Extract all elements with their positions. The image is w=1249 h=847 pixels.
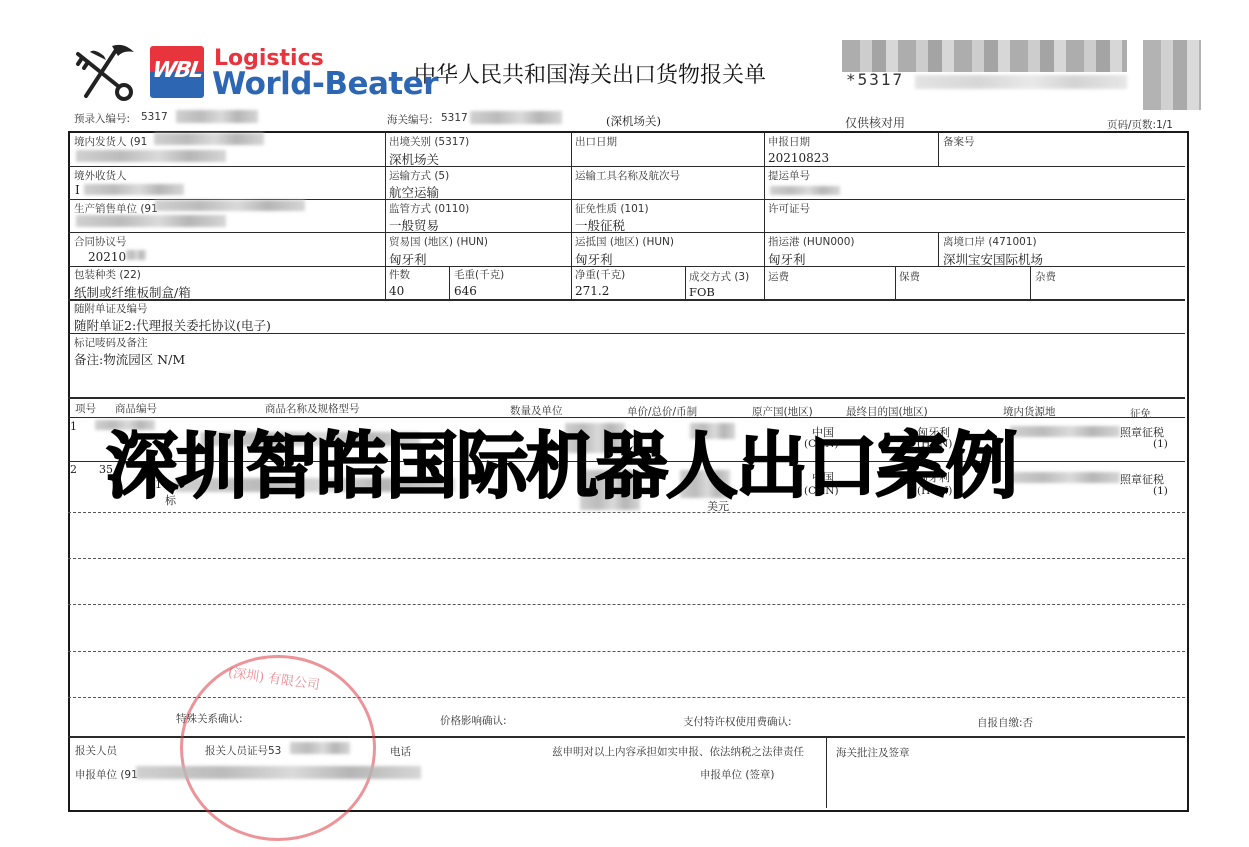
row-item-no: 1 <box>70 420 77 433</box>
row-levy-code: (1) <box>1153 438 1168 450</box>
redacted-customs-no <box>470 111 562 124</box>
redacted-qr <box>1143 40 1201 110</box>
exit-customs-label: 出境关别 (5317) <box>389 134 469 149</box>
pieces-label: 件数 <box>389 267 410 282</box>
redacted-producer-name <box>76 215 226 227</box>
net-weight-value: 271.2 <box>575 284 609 298</box>
exit-customs-value: 深机场关 <box>389 150 439 168</box>
page-label-text: 页码/页数: <box>1107 119 1156 131</box>
package-value: 纸制或纤维板制盒/箱 <box>74 283 191 301</box>
redacted-producer-id <box>155 200 305 211</box>
special-relation-label: 特殊关系确认: <box>176 711 243 726</box>
trade-country-label: 贸易国 (地区) (HUN) <box>389 234 488 249</box>
port-value: 匈牙利 <box>768 250 806 268</box>
transport-value: 航空运输 <box>389 183 439 201</box>
redacted-consignee <box>84 184 184 195</box>
redacted-shipper-name <box>76 150 226 162</box>
net-weight-label: 净重(千克) <box>575 267 625 282</box>
declarant-label: 申报单位 (91 <box>75 767 138 782</box>
deal-mode-value: FOB <box>689 285 715 299</box>
customs-key-icon <box>72 42 140 104</box>
redacted-contract <box>126 250 146 260</box>
dest-country-label: 运抵国 (地区) (HUN) <box>575 234 674 249</box>
dest-country-value: 匈牙利 <box>575 250 613 268</box>
redacted-declarant <box>136 766 421 779</box>
redacted-barcode-tail <box>915 75 1127 89</box>
page-value: 1/1 <box>1156 119 1173 131</box>
col-levy: 征免 <box>1130 406 1151 421</box>
customs-emblem <box>72 42 140 104</box>
export-date-label: 出口日期 <box>575 134 617 149</box>
redacted-source <box>1010 472 1120 483</box>
declaration-text: 兹申明对以上内容承担如实申报、依法纳税之法律责任 <box>552 744 804 759</box>
deal-mode-label: 成交方式 (3) <box>689 269 749 284</box>
consignee-value: I <box>75 183 80 197</box>
declarant-seal-label: 申报单位 (签章) <box>700 767 775 782</box>
gross-weight-label: 毛重(千克) <box>454 267 504 282</box>
contract-value: 20210 <box>88 250 126 264</box>
self-pay-label: 自报自缴:否 <box>977 715 1033 730</box>
brand-name-worldbeater: World-Beater <box>212 66 438 102</box>
barcode-number: *5317 <box>846 70 904 89</box>
redacted-barcode <box>842 40 1127 72</box>
phone-label: 电话 <box>390 744 411 759</box>
supervision-label: 监管方式 (0110) <box>389 201 469 216</box>
broker-cert-label: 报关人员证号53 <box>205 743 281 758</box>
package-label: 包装种类 (22) <box>74 267 141 282</box>
producer-label: 生产销售单位 (91 <box>74 201 158 216</box>
contract-label: 合同协议号 <box>74 234 127 249</box>
declare-date-value: 20210823 <box>768 151 829 165</box>
freight-label: 运费 <box>768 269 789 284</box>
levy-value: 一般征税 <box>575 216 625 234</box>
row-item-no: 2 <box>70 463 77 476</box>
exit-port-label: 离境口岸 (471001) <box>943 234 1037 249</box>
brand-logo: WBL <box>150 46 204 98</box>
stamp-text: (深圳) 有限公司 <box>227 662 321 694</box>
misc-fee-label: 杂费 <box>1035 269 1056 284</box>
docs-value: 随附单证2:代理报关委托协议(电子) <box>74 316 271 334</box>
vehicle-label: 运输工具名称及航次号 <box>575 168 680 183</box>
brand-badge-text: WBL <box>150 58 204 83</box>
levy-label: 征免性质 (101) <box>575 201 649 216</box>
record-no-label: 备案号 <box>943 134 975 149</box>
gross-weight-value: 646 <box>454 284 477 298</box>
royalty-label: 支付特许权使用费确认: <box>683 714 792 729</box>
marks-label: 标记唛码及备注 <box>74 335 148 350</box>
customs-no-label: 海关编号: <box>387 112 433 127</box>
broker-label: 报关人员 <box>75 743 117 758</box>
redacted-source <box>1010 426 1120 437</box>
redacted-broker-cert <box>290 742 350 754</box>
redacted-bill <box>770 186 840 195</box>
customs-office: (深机场关) <box>606 113 661 129</box>
row-levy-code: (1) <box>1153 485 1168 497</box>
supervision-value: 一般贸易 <box>389 216 439 234</box>
marks-value: 备注:物流园区 N/M <box>74 350 185 368</box>
redacted-shipper-id <box>154 133 264 145</box>
consignee-label: 境外收货人 <box>74 168 127 183</box>
customs-remark-label: 海关批注及签章 <box>836 745 910 760</box>
pieces-value: 40 <box>389 284 404 298</box>
redacted-pre-entry <box>176 110 258 123</box>
port-label: 指运港 (HUN000) <box>768 234 855 249</box>
license-label: 许可证号 <box>768 201 810 216</box>
pre-entry-value: 5317 <box>141 111 168 123</box>
declare-date-label: 申报日期 <box>768 134 810 149</box>
trade-country-value: 匈牙利 <box>389 250 427 268</box>
col-item-no: 项号 <box>75 401 96 416</box>
transport-label: 运输方式 (5) <box>389 168 449 183</box>
price-impact-label: 价格影响确认: <box>440 713 507 728</box>
customs-no-value: 5317 <box>441 112 468 124</box>
shipper-label: 境内发货人 (91 <box>74 134 147 149</box>
docs-label: 随附单证及编号 <box>74 301 148 316</box>
exit-port-value: 深圳宝安国际机场 <box>943 250 1043 268</box>
page-label: 页码/页数:1/1 <box>1107 117 1173 132</box>
pre-entry-label: 预录入编号: <box>74 111 130 126</box>
insurance-label: 保费 <box>899 269 920 284</box>
document-title: 中华人民共和国海关出口货物报关单 <box>414 58 766 89</box>
overlay-caption: 深圳智皓国际机器人出口案例 <box>106 408 1016 512</box>
bill-label: 提运单号 <box>768 168 810 183</box>
notice-text: 仅供核对用 <box>845 114 905 131</box>
